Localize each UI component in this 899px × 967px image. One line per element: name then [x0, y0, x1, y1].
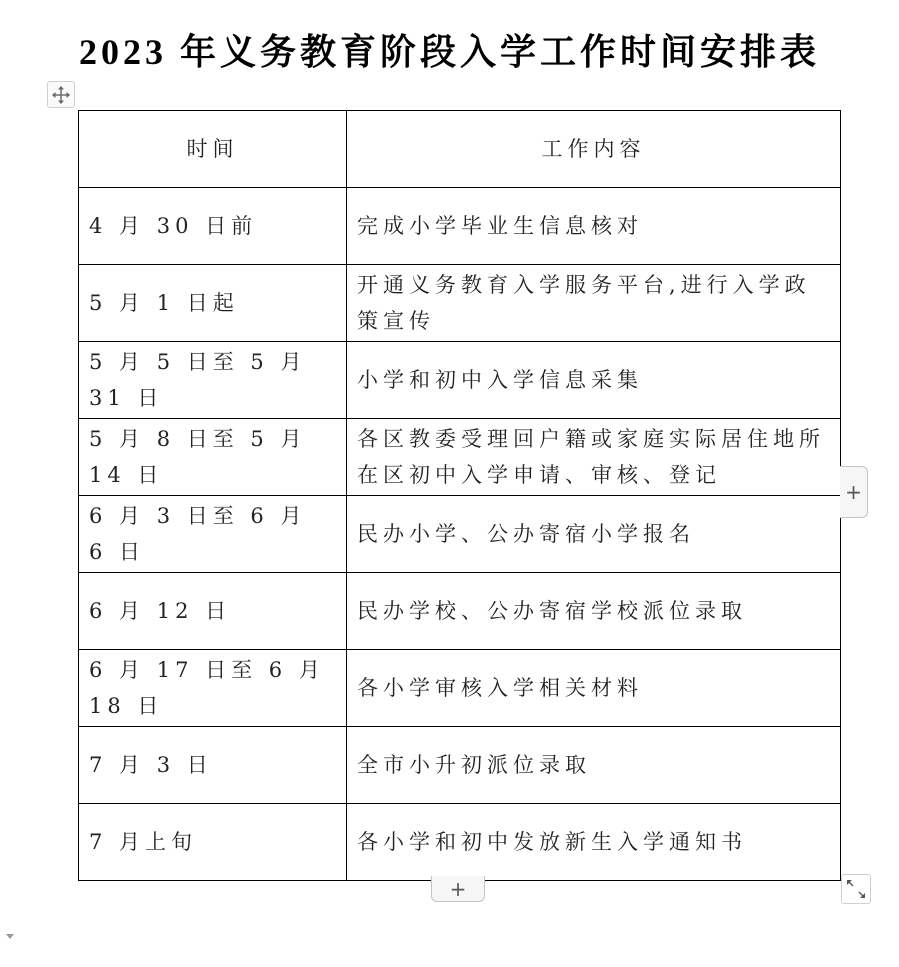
table-row: 6 月 12 日 民办学校、公办寄宿学校派位录取	[79, 573, 841, 650]
cell-content[interactable]: 各区教委受理回户籍或家庭实际居住地所在区初中入学申请、审核、登记	[347, 419, 841, 496]
cell-time[interactable]: 4 月 30 日前	[79, 188, 347, 265]
cell-time[interactable]: 7 月上旬	[79, 804, 347, 881]
cell-content[interactable]: 各小学审核入学相关材料	[347, 650, 841, 727]
resize-icon	[842, 875, 870, 903]
cell-time[interactable]: 6 月 12 日	[79, 573, 347, 650]
cell-time[interactable]: 5 月 5 日至 5 月 31 日	[79, 342, 347, 419]
table-row: 7 月上旬 各小学和初中发放新生入学通知书	[79, 804, 841, 881]
cell-time[interactable]: 5 月 1 日起	[79, 265, 347, 342]
cell-time[interactable]: 6 月 3 日至 6 月 6 日	[79, 496, 347, 573]
cell-content[interactable]: 小学和初中入学信息采集	[347, 342, 841, 419]
add-row-button[interactable]: +	[431, 876, 485, 902]
cell-content[interactable]: 开通义务教育入学服务平台,进行入学政策宣传	[347, 265, 841, 342]
move-icon	[51, 85, 71, 105]
header-time[interactable]: 时间	[79, 111, 347, 188]
table-row: 7 月 3 日 全市小升初派位录取	[79, 727, 841, 804]
table-row: 5 月 8 日至 5 月 14 日 各区教委受理回户籍或家庭实际居住地所在区初中…	[79, 419, 841, 496]
table-row: 4 月 30 日前 完成小学毕业生信息核对	[79, 188, 841, 265]
table-resize-handle[interactable]	[841, 874, 871, 904]
cell-content[interactable]: 各小学和初中发放新生入学通知书	[347, 804, 841, 881]
plus-icon: +	[450, 877, 467, 901]
cell-time[interactable]: 7 月 3 日	[79, 727, 347, 804]
cell-time[interactable]: 5 月 8 日至 5 月 14 日	[79, 419, 347, 496]
paragraph-marker-icon	[6, 934, 14, 939]
cell-time[interactable]: 6 月 17 日至 6 月 18 日	[79, 650, 347, 727]
cell-content[interactable]: 民办学校、公办寄宿学校派位录取	[347, 573, 841, 650]
add-column-button[interactable]: +	[840, 466, 868, 518]
table-row: 6 月 3 日至 6 月 6 日 民办小学、公办寄宿小学报名	[79, 496, 841, 573]
plus-icon: +	[845, 480, 862, 504]
cell-content[interactable]: 民办小学、公办寄宿小学报名	[347, 496, 841, 573]
table-row: 5 月 5 日至 5 月 31 日 小学和初中入学信息采集	[79, 342, 841, 419]
table-row: 5 月 1 日起 开通义务教育入学服务平台,进行入学政策宣传	[79, 265, 841, 342]
header-content[interactable]: 工作内容	[347, 111, 841, 188]
cell-content[interactable]: 完成小学毕业生信息核对	[347, 188, 841, 265]
table-header-row: 时间 工作内容	[79, 111, 841, 188]
table-row: 6 月 17 日至 6 月 18 日 各小学审核入学相关材料	[79, 650, 841, 727]
document-title: 2023 年义务教育阶段入学工作时间安排表	[0, 28, 899, 76]
table-move-handle[interactable]	[47, 81, 75, 108]
cell-content[interactable]: 全市小升初派位录取	[347, 727, 841, 804]
schedule-table: 时间 工作内容 4 月 30 日前 完成小学毕业生信息核对 5 月 1 日起 开…	[78, 110, 841, 881]
